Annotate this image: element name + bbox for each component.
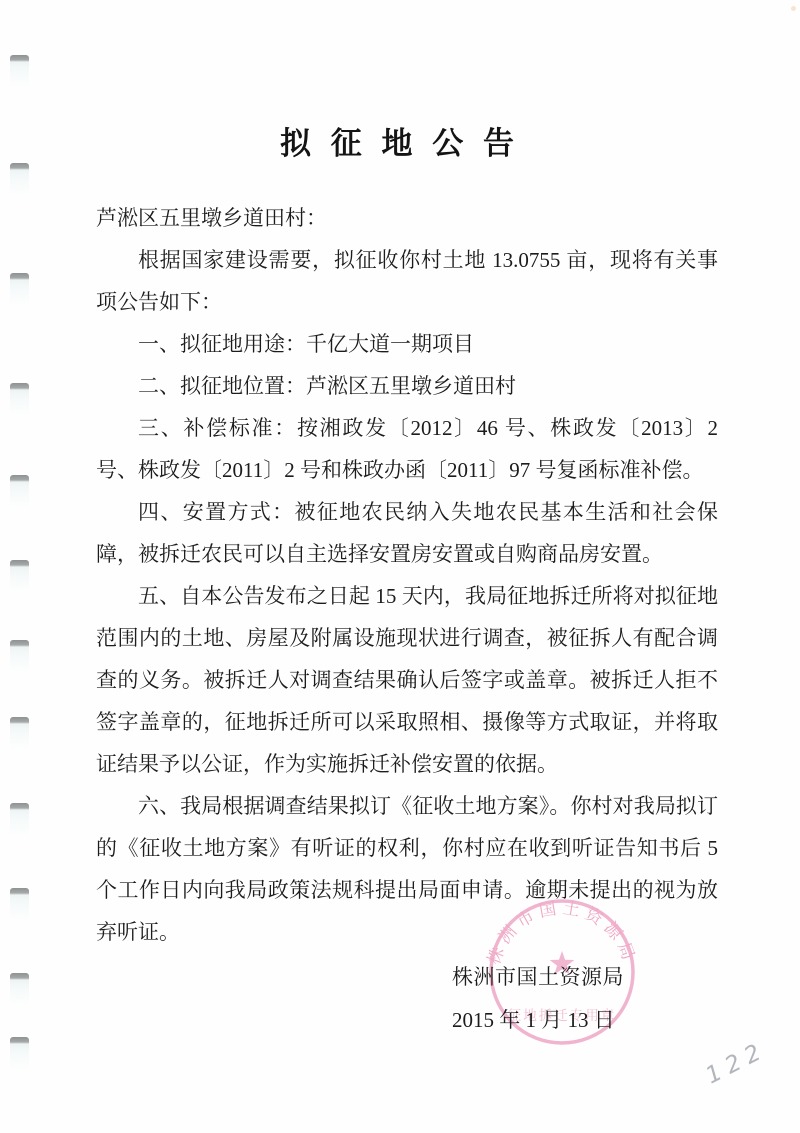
intro-paragraph: 根据国家建设需要，拟征收你村土地 13.0755 亩，现将有关事项公告如下： — [96, 239, 718, 323]
binding-hole-mark — [10, 717, 29, 751]
binding-hole-mark — [10, 273, 29, 307]
binding-hole-mark — [10, 973, 29, 1007]
document-body: 芦淞区五里墩乡道田村： 根据国家建设需要，拟征收你村土地 13.0755 亩，现… — [96, 197, 718, 953]
item-1-land-use: 一、拟征地用途：千亿大道一期项目 — [96, 323, 718, 365]
signature-date: 2015 年 1 月 13 日 — [452, 1004, 615, 1034]
binding-hole-mark — [10, 888, 29, 922]
binding-hole-mark — [10, 640, 29, 674]
item-2-location: 二、拟征地位置：芦淞区五里墩乡道田村 — [96, 365, 718, 407]
handwritten-page-number: 122 — [702, 1037, 772, 1090]
item-3-compensation-standard: 三、补偿标准：按湘政发〔2012〕46 号、株政发〔2013〕2 号、株政发〔2… — [96, 407, 718, 491]
scan-artifact-dot — [791, 6, 796, 11]
salutation-line: 芦淞区五里墩乡道田村： — [96, 197, 718, 239]
signature-organization: 株洲市国土资源局 — [452, 961, 624, 991]
item-4-resettlement-method: 四、安置方式：被征地农民纳入失地农民基本生活和社会保障，被拆迁农民可以自主选择安… — [96, 491, 718, 575]
binding-hole-mark — [10, 383, 29, 417]
scanned-notice-page: 拟 征 地 公 告 芦淞区五里墩乡道田村： 根据国家建设需要，拟征收你村土地 1… — [0, 0, 800, 1133]
item-5-survey-notice: 五、自本公告发布之日起 15 天内，我局征地拆迁所将对拟征地范围内的土地、房屋及… — [96, 575, 718, 785]
binding-hole-mark — [10, 1037, 29, 1071]
binding-hole-mark — [10, 475, 29, 509]
binding-hole-mark — [10, 55, 29, 89]
binding-hole-mark — [10, 560, 29, 594]
binding-hole-mark — [10, 163, 29, 197]
document-title: 拟 征 地 公 告 — [0, 118, 800, 163]
binding-hole-mark — [10, 803, 29, 837]
